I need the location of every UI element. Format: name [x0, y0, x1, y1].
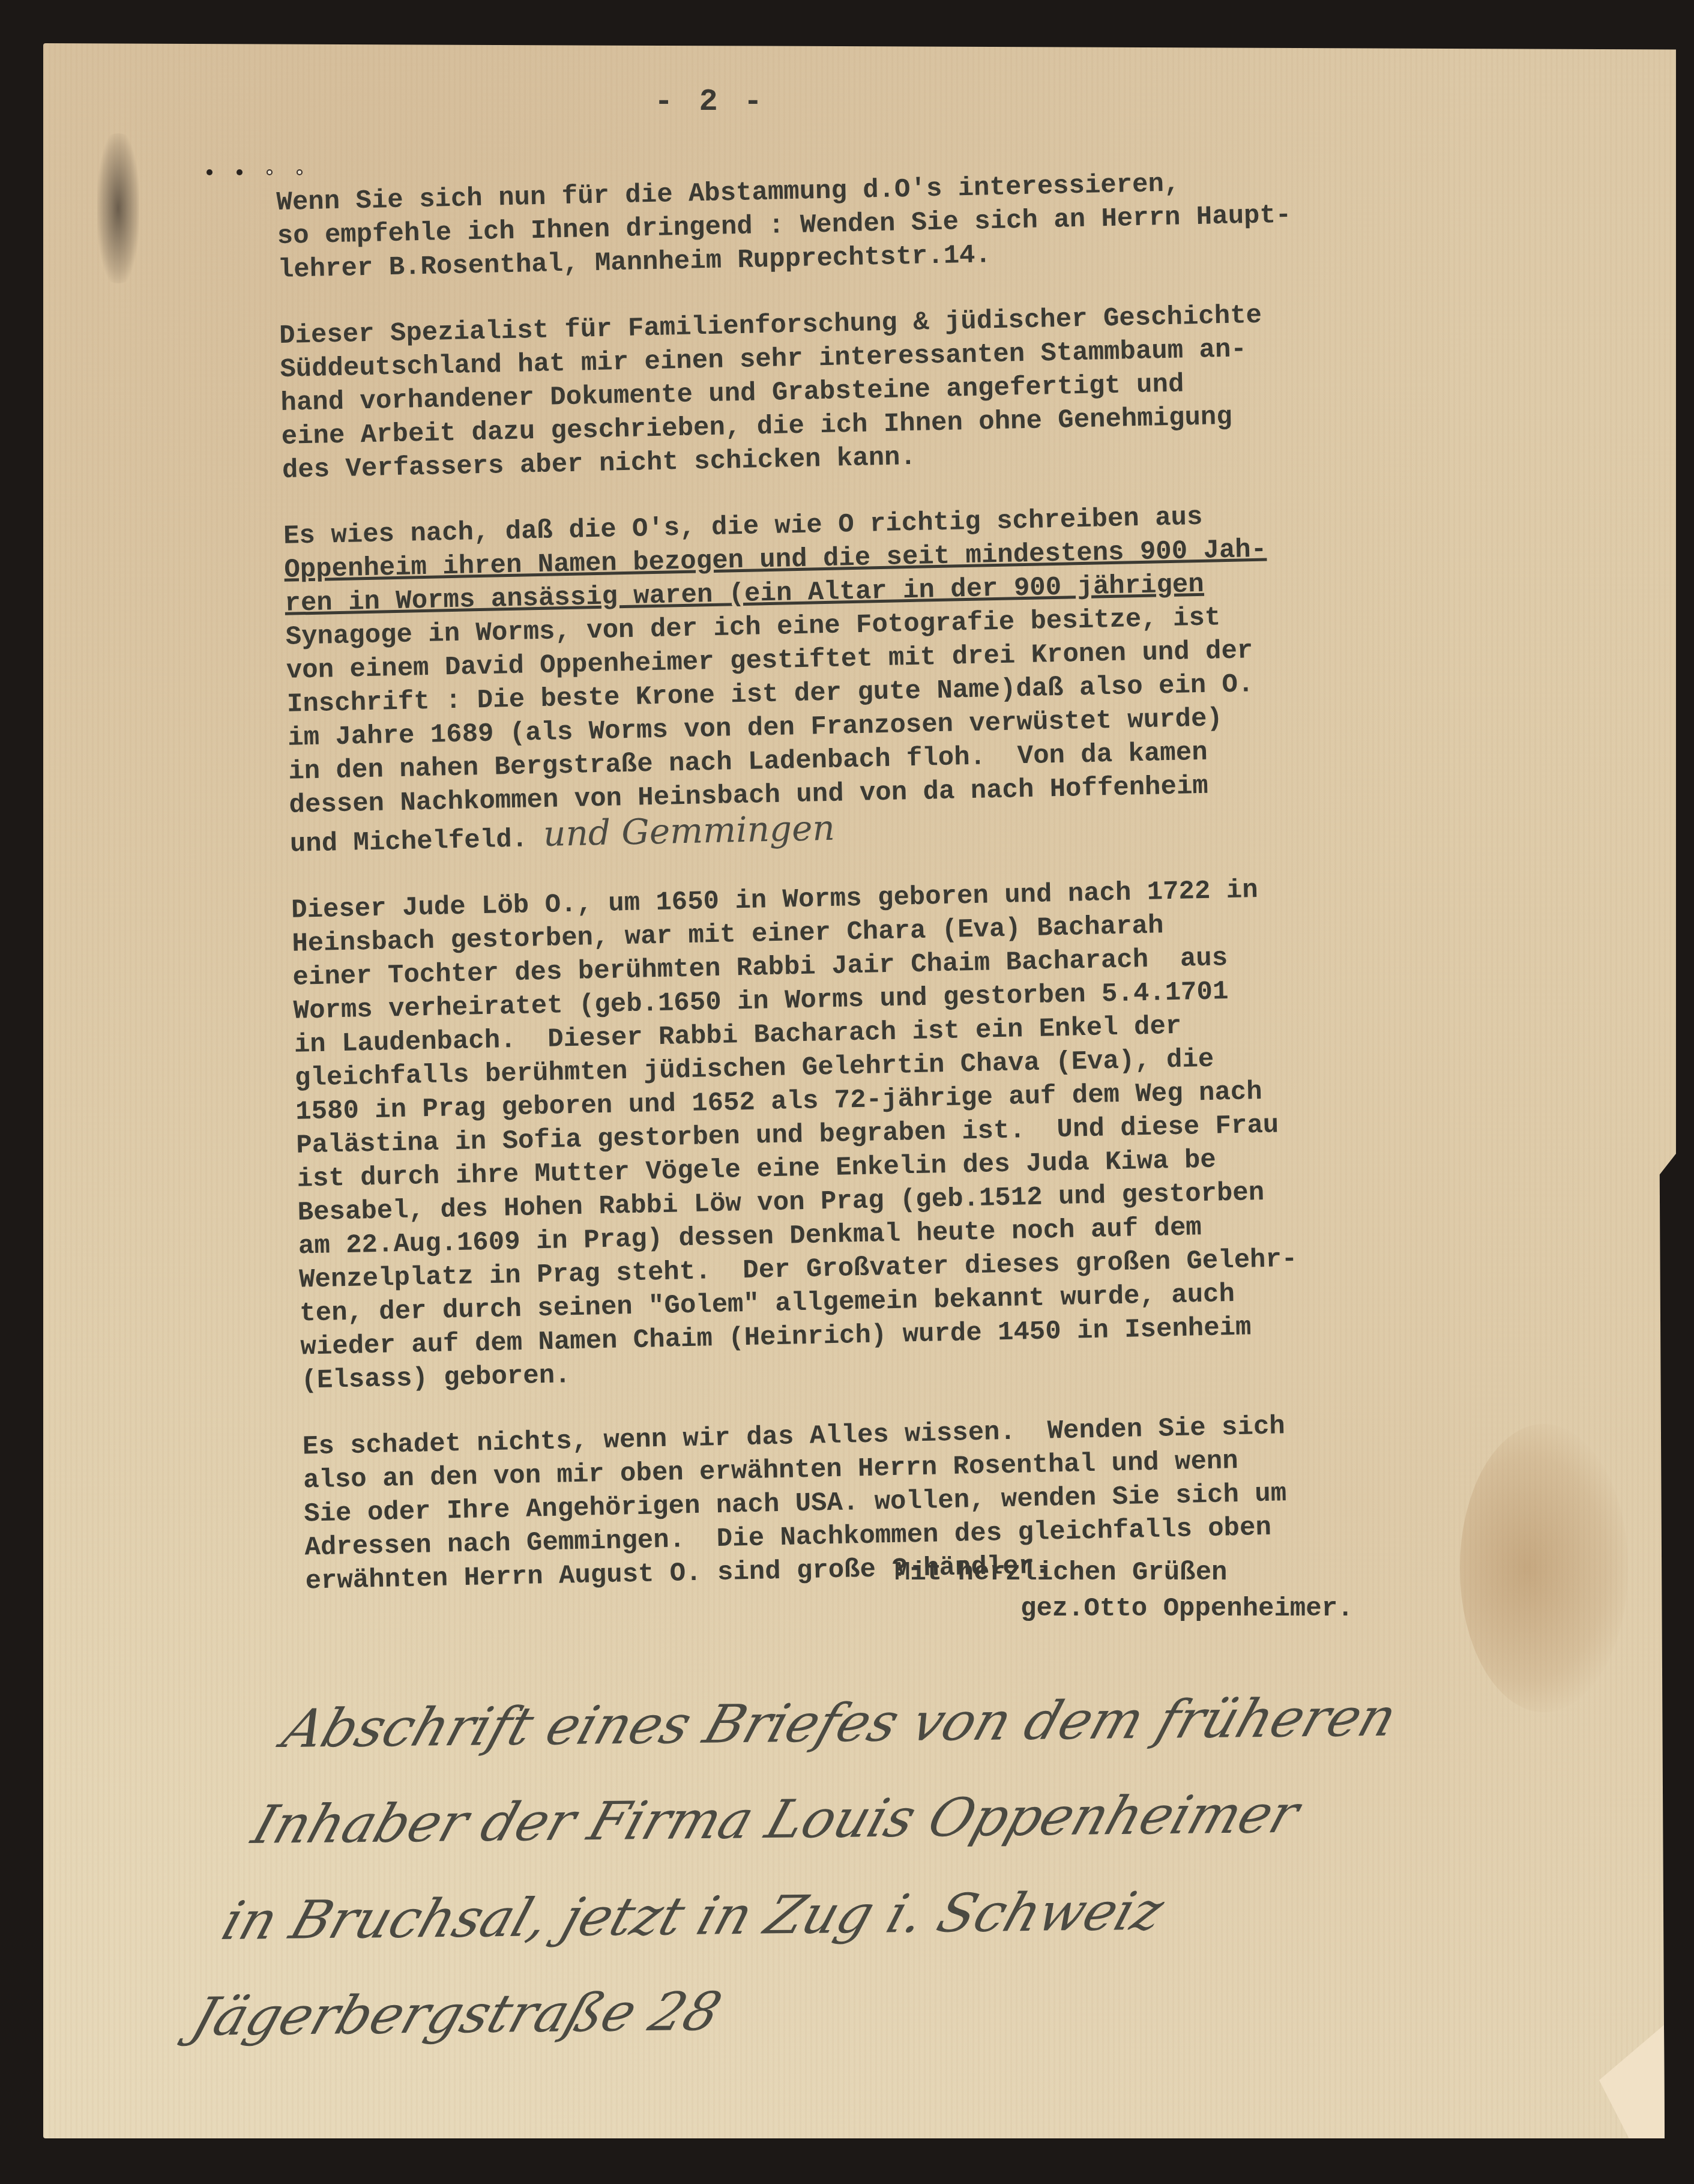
paragraph-4: Dieser Jude Löb O., um 1650 in Worms geb… — [291, 867, 1562, 1398]
page-number: - 2 - — [654, 84, 766, 119]
paragraph-2: Dieser Spezialist für Familienforschung … — [279, 293, 1543, 487]
punch-hole — [206, 169, 213, 175]
punch-hole — [237, 169, 243, 175]
folded-corner — [1556, 1994, 1694, 2150]
sign-off: Mit herzlichen Grüßen gez.Otto Oppenheim… — [894, 1555, 1354, 1627]
signature-line: gez.Otto Oppenheimer. — [894, 1591, 1354, 1627]
handwritten-line: Inhaber der Firma Louis Oppenheimer — [240, 1766, 1379, 1873]
paragraph-3: Es wies nach, daß die O's, die wie O ric… — [283, 493, 1551, 861]
letter-body: Wenn Sie sich nun für die Abstammung d.O… — [276, 160, 1567, 1630]
handwritten-line: Jägerbergstraße 28 — [179, 1958, 1319, 2065]
ink-smudge — [97, 133, 139, 283]
punch-hole — [297, 169, 303, 175]
handwritten-line: in Bruchsal, jetzt in Zug i. Schweiz — [209, 1862, 1349, 1969]
handwritten-insert: und Gemmingen — [543, 807, 835, 854]
handwritten-line: Abschrift eines Briefes von dem früheren — [270, 1670, 1410, 1777]
punch-holes — [206, 169, 303, 175]
handwritten-note: Abschrift eines Briefes von dem früheren… — [179, 1670, 1409, 2065]
closing-line: Mit herzlichen Grüßen — [894, 1555, 1354, 1591]
text-fragment: und Michelfeld. — [289, 824, 528, 859]
punch-hole — [267, 169, 273, 175]
